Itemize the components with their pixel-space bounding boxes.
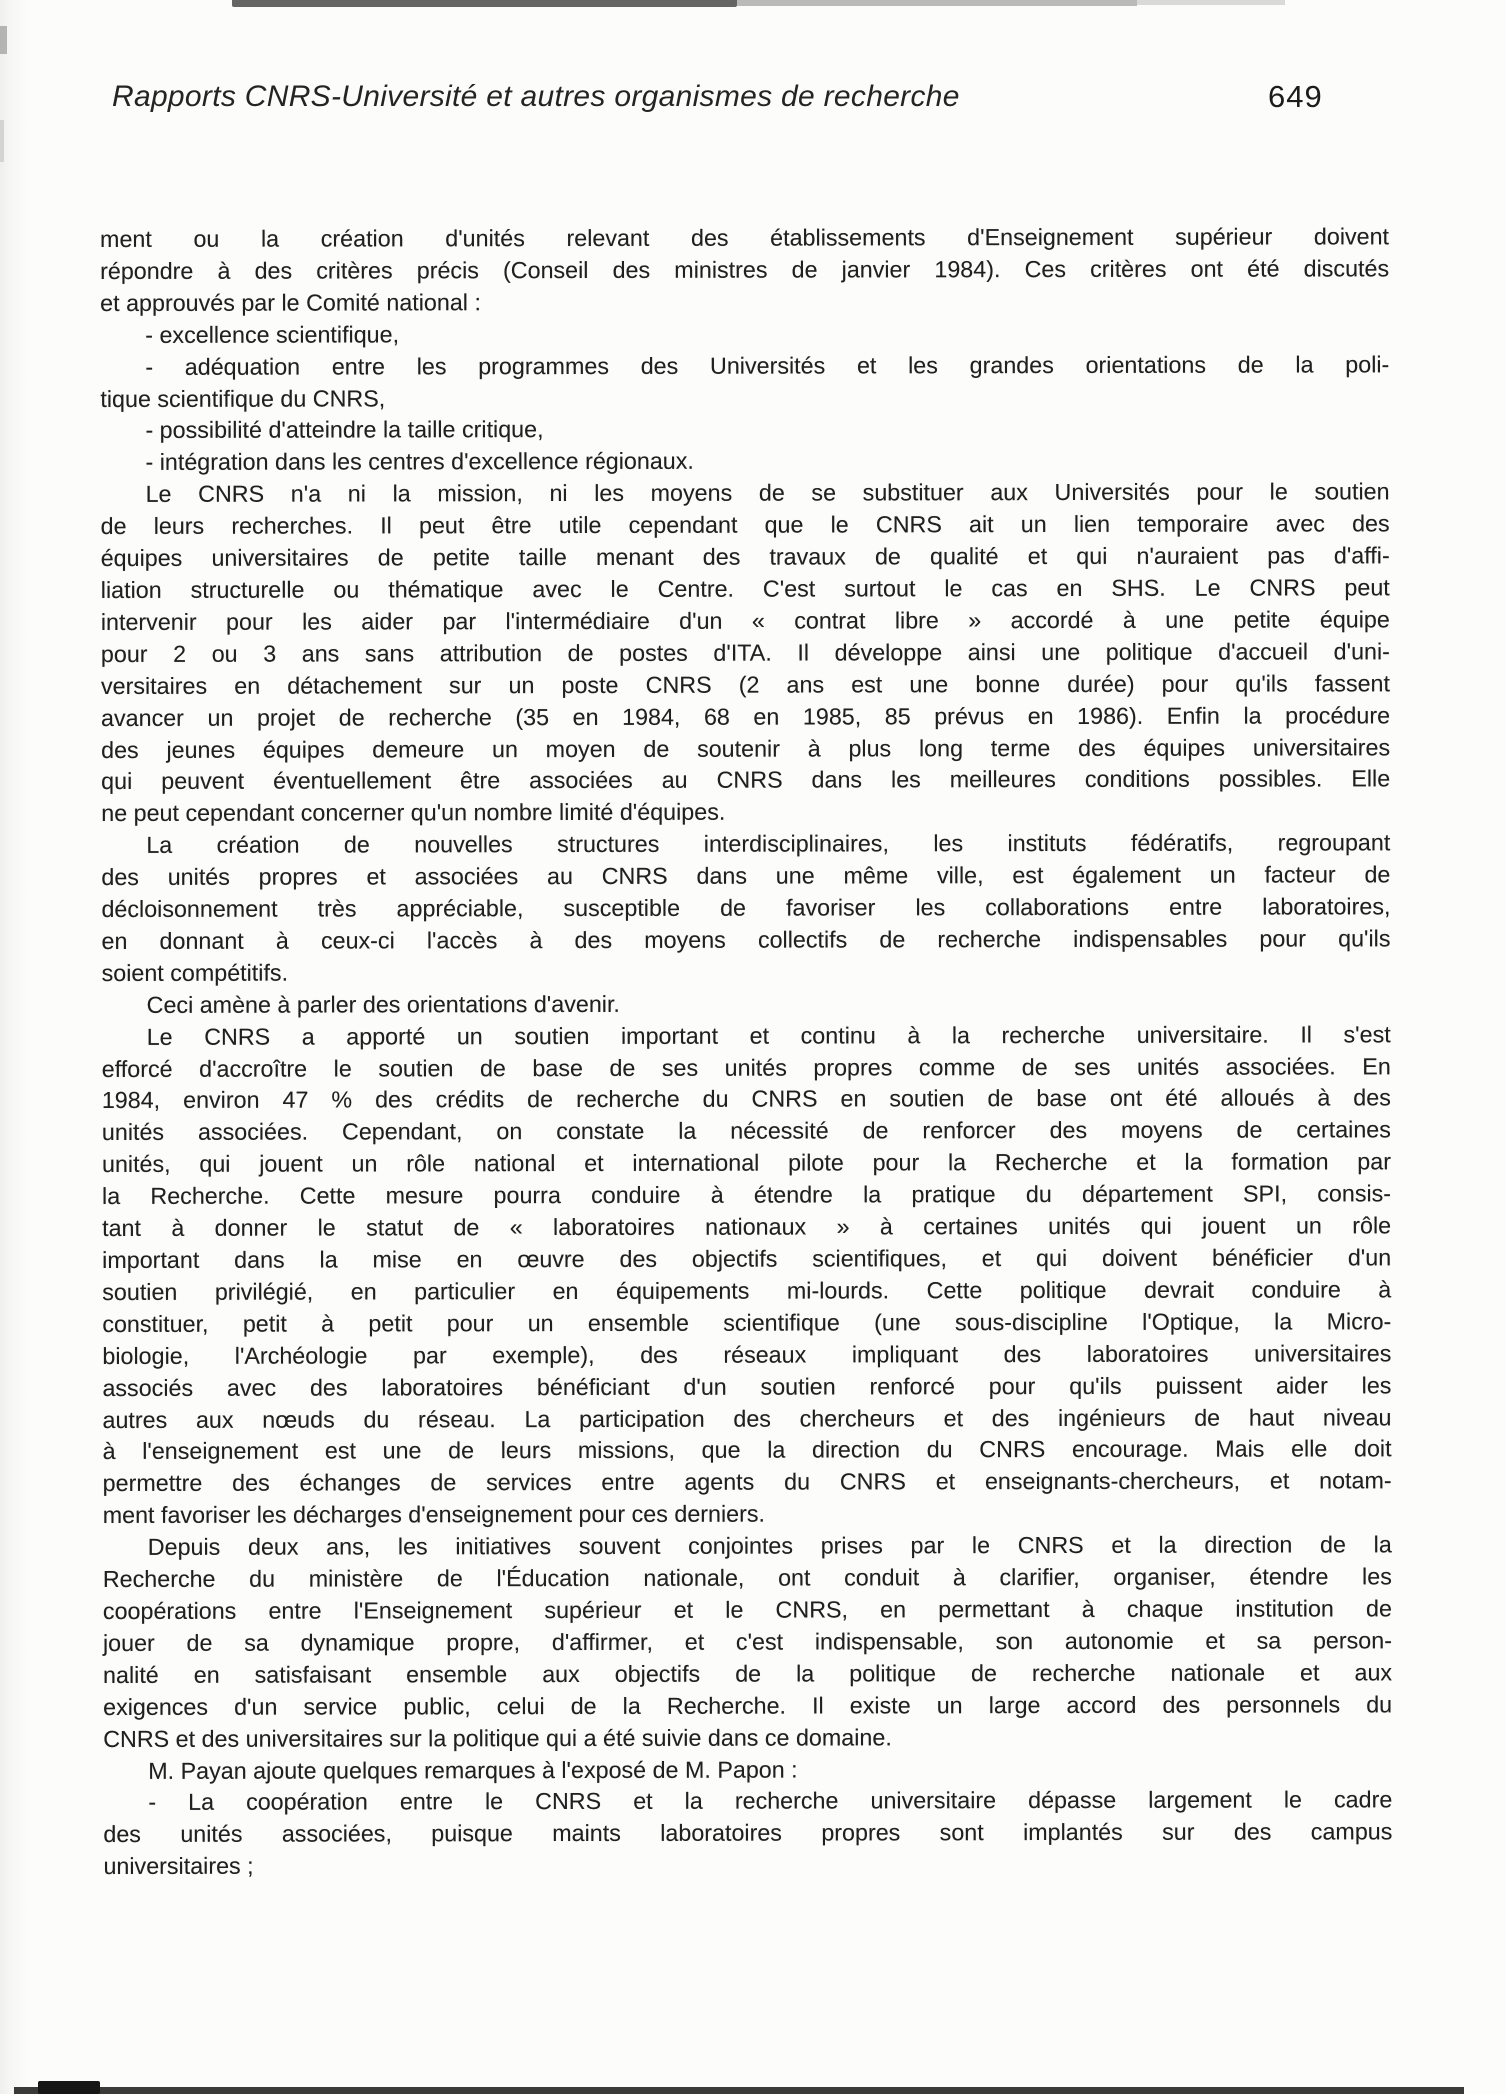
text-line: 1984, environ 47 % des crédits de recher… <box>102 1083 1391 1118</box>
text-line: soient compétitifs. <box>102 955 1391 990</box>
text-line: - possibilité d'atteindre la taille crit… <box>100 413 1389 448</box>
text-line: Ceci amène à parler des orientations d'a… <box>102 987 1391 1022</box>
text-line: exigences d'un service public, celui de … <box>103 1689 1392 1724</box>
text-line: important dans la mise en œuvre des obje… <box>102 1242 1391 1277</box>
text-line: à l'enseignement est une de leurs missio… <box>103 1434 1392 1469</box>
text-line: unités, qui jouent un rôle national et i… <box>102 1147 1391 1182</box>
text-line: M. Payan ajoute quelques remarques à l'e… <box>103 1753 1392 1788</box>
text-line: qui peuvent éventuellement être associée… <box>101 764 1390 799</box>
text-line: avancer un projet de recherche (35 en 19… <box>101 700 1390 735</box>
text-line: associés avec des laboratoires bénéficia… <box>102 1370 1391 1405</box>
scan-artifact-bottom-bar <box>14 2087 1464 2094</box>
text-line: coopérations entre l'Enseignement supéri… <box>103 1593 1392 1628</box>
text-line: CNRS et des universitaires sur la politi… <box>103 1721 1392 1756</box>
page-number: 649 <box>1268 79 1323 115</box>
text-line: - La coopération entre le CNRS et la rec… <box>103 1785 1392 1820</box>
text-line: universitaires ; <box>103 1849 1392 1884</box>
scan-artifact-top-bar <box>737 0 1137 6</box>
text-line: tant à donner le statut de « laboratoire… <box>102 1210 1391 1245</box>
text-line: équipes universitaires de petite taille … <box>101 540 1390 575</box>
text-line: la Recherche. Cette mesure pourra condui… <box>102 1178 1391 1213</box>
text-line: des unités propres et associées au CNRS … <box>101 859 1390 894</box>
text-line: pour 2 ou 3 ans sans attribution de post… <box>101 636 1390 671</box>
text-line: intervenir pour les aider par l'interméd… <box>101 604 1390 639</box>
text-line: ment favoriser les décharges d'enseignem… <box>103 1498 1392 1533</box>
text-line: en donnant à ceux-ci l'accès à des moyen… <box>101 923 1390 958</box>
body-text: ment ou la création d'unités relevant de… <box>100 221 1392 1883</box>
text-line: nalité en satisfaisant ensemble aux obje… <box>103 1657 1392 1692</box>
text-line: tique scientifique du CNRS, <box>100 381 1389 416</box>
text-line: ment ou la création d'unités relevant de… <box>100 221 1389 256</box>
text-line: des unités associées, puisque maints lab… <box>103 1817 1392 1852</box>
text-line: La création de nouvelles structures inte… <box>101 828 1390 863</box>
text-line: biologie, l'Archéologie par exemple), de… <box>102 1338 1391 1373</box>
text-line: répondre à des critères précis (Conseil … <box>100 253 1389 288</box>
text-line: - excellence scientifique, <box>100 317 1389 352</box>
text-line: liation structurelle ou thématique avec … <box>101 572 1390 607</box>
text-line: Le CNRS a apporté un soutien important e… <box>102 1019 1391 1054</box>
scan-artifact-top-bar <box>1137 0 1285 5</box>
text-line: versitaires en détachement sur un poste … <box>101 668 1390 703</box>
text-line: soutien privilégié, en particulier en éq… <box>102 1274 1391 1309</box>
text-line: unités associées. Cependant, on constate… <box>102 1115 1391 1150</box>
text-line: de leurs recherches. Il peut être utile … <box>101 508 1390 543</box>
text-line: ne peut cependant concerner qu'un nombre… <box>101 796 1390 831</box>
scan-artifact-bottom-blob <box>38 2081 100 2094</box>
scan-artifact-left-edge <box>0 26 7 54</box>
text-line: permettre des échanges de services entre… <box>103 1466 1392 1501</box>
text-line: efforcé d'accroître le soutien de base d… <box>102 1051 1391 1086</box>
text-line: Recherche du ministère de l'Éducation na… <box>103 1561 1392 1596</box>
text-line: Depuis deux ans, les initiatives souvent… <box>103 1529 1392 1564</box>
running-header-title: Rapports CNRS-Université et autres organ… <box>112 80 960 114</box>
text-line: et approuvés par le Comité national : <box>100 285 1389 320</box>
text-line: décloisonnement très appréciable, suscep… <box>101 891 1390 926</box>
scan-artifact-left-edge <box>0 120 4 162</box>
scan-artifact-top-bar <box>232 0 737 7</box>
text-line: Le CNRS n'a ni la mission, ni les moyens… <box>101 477 1390 512</box>
text-line: jouer de sa dynamique propre, d'affirmer… <box>103 1625 1392 1660</box>
text-line: constituer, petit à petit pour un ensemb… <box>102 1306 1391 1341</box>
text-line: - adéquation entre les programmes des Un… <box>100 349 1389 384</box>
text-line: des jeunes équipes demeure un moyen de s… <box>101 732 1390 767</box>
document-page: Rapports CNRS-Université et autres organ… <box>0 0 1506 2094</box>
text-line: autres aux nœuds du réseau. La participa… <box>102 1402 1391 1437</box>
text-line: - intégration dans les centres d'excelle… <box>100 445 1389 480</box>
